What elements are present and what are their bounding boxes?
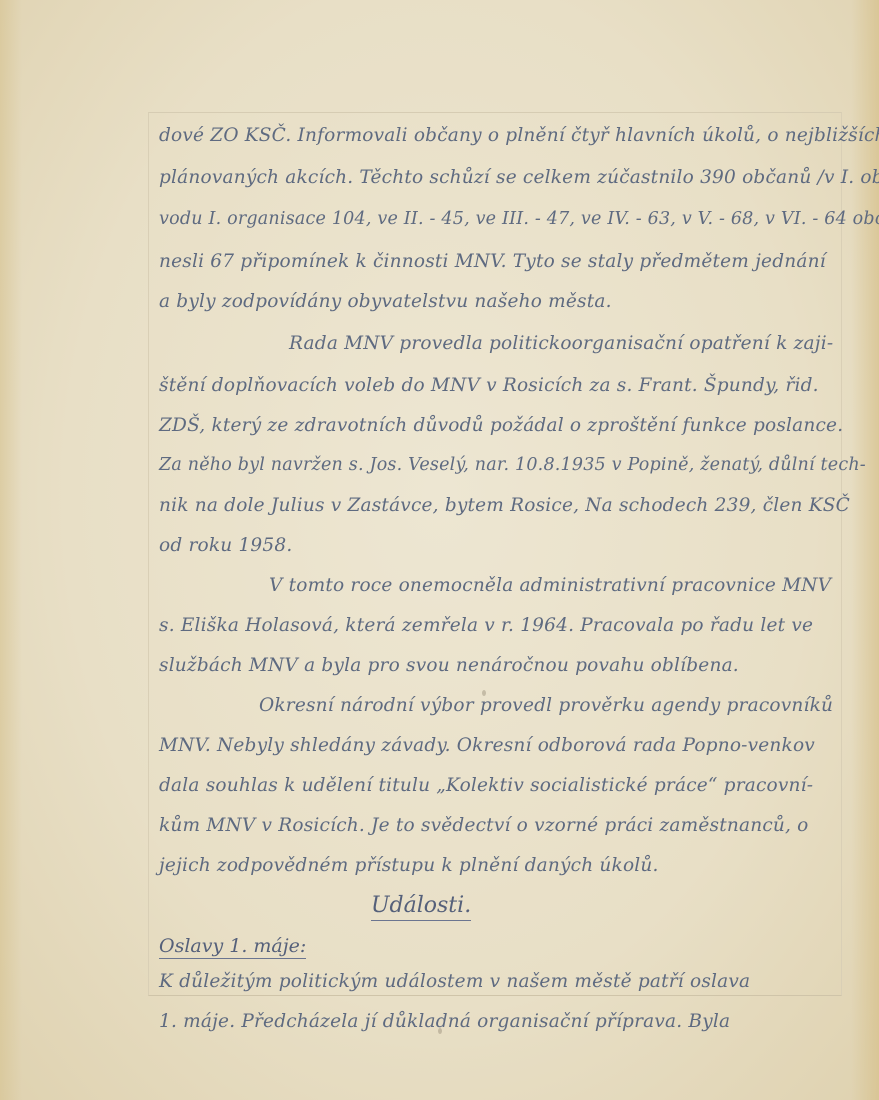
text-line: V tomto roce onemocněla administrativní … bbox=[269, 575, 831, 596]
text-line: 1. máje. Předcházela jí důkladná organis… bbox=[159, 1011, 730, 1032]
section-heading: Události. bbox=[371, 893, 471, 921]
text-line: Okresní národní výbor provedl prověrku a… bbox=[259, 695, 833, 716]
text-line: s. Eliška Holasová, která zemřela v r. 1… bbox=[159, 615, 813, 636]
text-line: kům MNV v Rosicích. Je to svědectví o vz… bbox=[159, 815, 809, 836]
text-line: službách MNV a byla pro svou nenáročnou … bbox=[159, 655, 739, 676]
text-line: MNV. Nebyly shledány závady. Okresní odb… bbox=[159, 735, 815, 756]
text-line: vodu I. organisace 104, ve II. - 45, ve … bbox=[159, 209, 879, 229]
text-line: nesli 67 připomínek k činnosti MNV. Tyto… bbox=[159, 251, 826, 272]
page-edge-shadow-right bbox=[851, 0, 879, 1100]
text-line: Rada MNV provedla politickoorganisační o… bbox=[289, 333, 833, 354]
text-line: dové ZO KSČ. Informovali občany o plnění… bbox=[159, 125, 879, 146]
text-line: plánovaných akcích. Těchto schůzí se cel… bbox=[159, 167, 879, 188]
page-edge-shadow-left bbox=[0, 0, 22, 1100]
text-line: ZDŠ, který ze zdravotních důvodů požádal… bbox=[159, 415, 843, 436]
text-line: Za něho byl navržen s. Jos. Veselý, nar.… bbox=[159, 455, 866, 475]
text-line: dala souhlas k udělení titulu „Kolektiv … bbox=[159, 775, 813, 796]
text-line: štění doplňovacích voleb do MNV v Rosicí… bbox=[159, 375, 819, 396]
text-line: jejich zodpovědném přístupu k plnění dan… bbox=[159, 855, 659, 876]
text-line: K důležitým politickým událostem v našem… bbox=[159, 971, 750, 992]
text-line: nik na dole Julius v Zastávce, bytem Ros… bbox=[159, 495, 850, 516]
text-line: a byly zodpovídány obyvatelstvu našeho m… bbox=[159, 291, 612, 312]
subsection-heading: Oslavy 1. máje: bbox=[159, 935, 306, 959]
writing-frame: dové ZO KSČ. Informovali občany o plnění… bbox=[148, 112, 842, 996]
text-line: od roku 1958. bbox=[159, 535, 292, 556]
